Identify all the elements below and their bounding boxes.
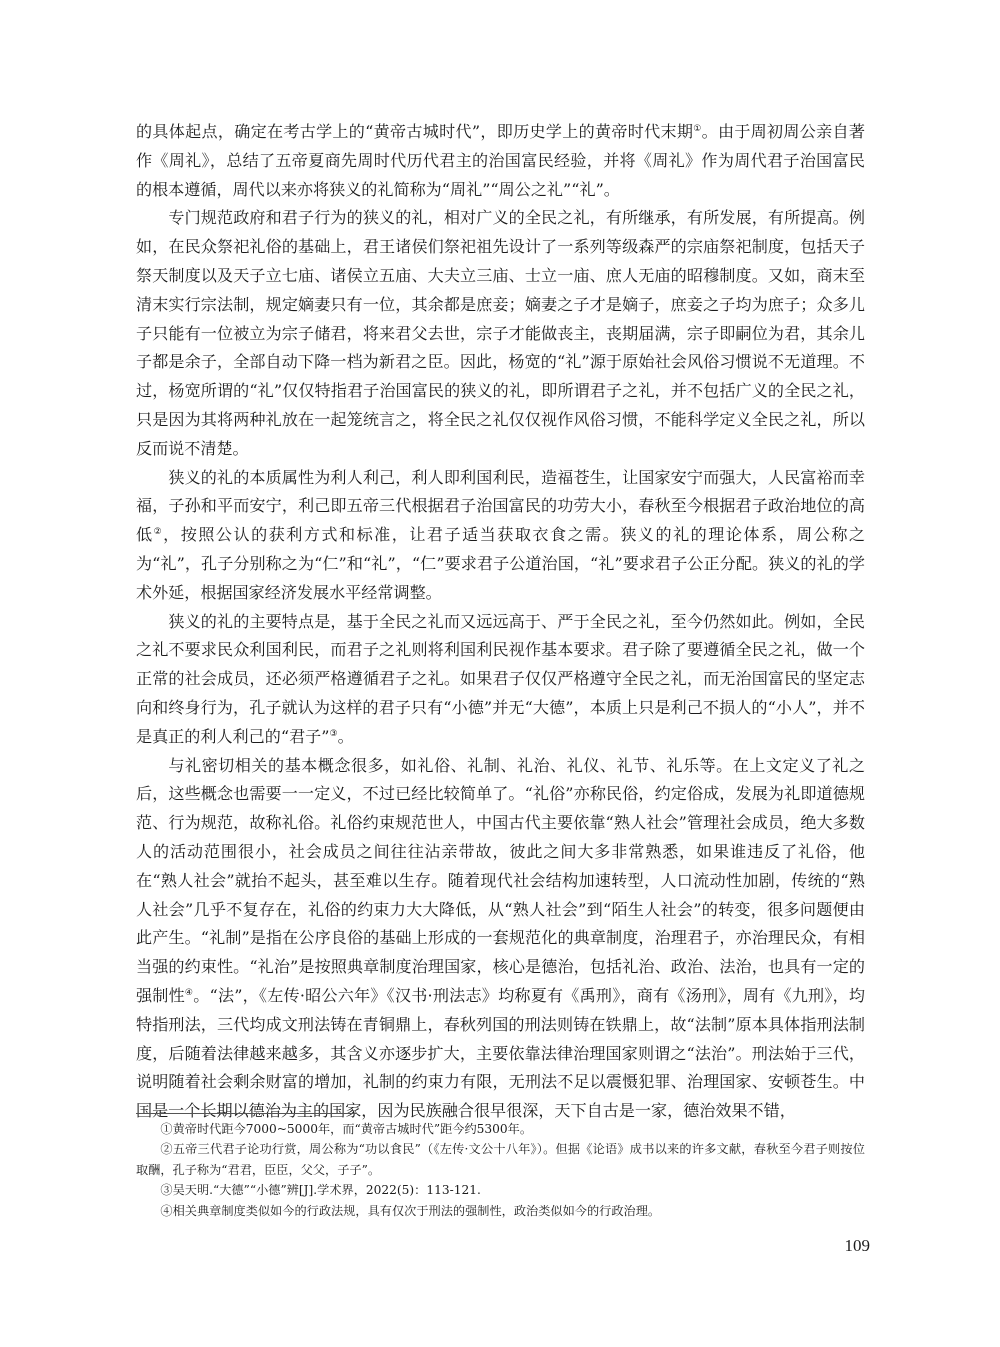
footnote-1: ①黄帝时代距今7000~5000年，而“黄帝古城时代”距今约5300年。: [136, 1119, 865, 1139]
footnote-text: 五帝三代君子论功行赏，周公称为“功以食民”（《左传·文公十八年》）。但据《论语》…: [136, 1142, 865, 1176]
paragraph: 狭义的礼的主要特点是，基于全民之礼而又远远高于、严于全民之礼，至今仍然如此。例如…: [136, 608, 865, 752]
footnote-ref-4[interactable]: ④: [185, 988, 193, 998]
text-run: 的具体起点，确定在考古学上的“黄帝古城时代”，即历史学上的黄帝时代末期: [136, 122, 693, 141]
footnote-divider: [136, 1113, 356, 1114]
footnote-3: ③吴天明.“大德”“小德”辨[J].学术界，2022(5)：113-121.: [136, 1180, 865, 1200]
footnote-text: 黄帝时代距今7000~5000年，而“黄帝古城时代”距今约5300年。: [173, 1122, 532, 1136]
text-run: 专门规范政府和君子行为的狭义的礼，相对广义的全民之礼，有所继承，有所发展，有所提…: [136, 208, 865, 457]
text-run: 。: [338, 727, 354, 746]
footnote-4: ④相关典章制度类似如今的行政法规，具有仅次于刑法的强制性，政治类似如今的行政治理…: [136, 1201, 865, 1221]
text-run: ，按照公认的获利方式和标准，让君子适当获取衣食之需。狭义的礼的理论体系，周公称之…: [136, 525, 865, 602]
page-number: 109: [830, 1236, 870, 1256]
paragraph: 的具体起点，确定在考古学上的“黄帝古城时代”，即历史学上的黄帝时代末期①。由于周…: [136, 118, 865, 204]
footnotes: ①黄帝时代距今7000~5000年，而“黄帝古城时代”距今约5300年。 ②五帝…: [136, 1119, 865, 1221]
paragraph: 专门规范政府和君子行为的狭义的礼，相对广义的全民之礼，有所继承，有所发展，有所提…: [136, 204, 865, 463]
text-run: 。“法”，《左传·昭公六年》《汉书·刑法志》均称夏有《禹刑》，商有《汤刑》，周有…: [136, 986, 865, 1120]
footnote-ref-2[interactable]: ②: [154, 527, 164, 537]
footnote-ref-1[interactable]: ①: [693, 124, 701, 134]
text-run: 与礼密切相关的基本概念很多，如礼俗、礼制、礼治、礼仪、礼节、礼乐等。在上文定义了…: [136, 756, 865, 1005]
main-text: 的具体起点，确定在考古学上的“黄帝古城时代”，即历史学上的黄帝时代末期①。由于周…: [136, 118, 865, 1126]
footnote-ref-3[interactable]: ③: [330, 729, 338, 739]
footnote-text: 相关典章制度类似如今的行政法规，具有仅次于刑法的强制性，政治类似如今的行政治理。: [173, 1204, 661, 1218]
footnote-mark: ④: [160, 1204, 172, 1218]
paragraph: 狭义的礼的本质属性为利人利己，利人即利国利民，造福苍生，让国家安宁而强大，人民富…: [136, 464, 865, 608]
footnote-text: 吴天明.“大德”“小德”辨[J].学术界，2022(5)：113-121.: [173, 1183, 481, 1197]
footnote-mark: ②: [160, 1142, 172, 1156]
footnote-mark: ①: [160, 1122, 172, 1136]
footnote-mark: ③: [160, 1183, 172, 1197]
paragraph: 与礼密切相关的基本概念很多，如礼俗、礼制、礼治、礼仪、礼节、礼乐等。在上文定义了…: [136, 752, 865, 1126]
text-run: 狭义的礼的主要特点是，基于全民之礼而又远远高于、严于全民之礼，至今仍然如此。例如…: [136, 612, 865, 746]
footnote-2: ②五帝三代君子论功行赏，周公称为“功以食民”（《左传·文公十八年》）。但据《论语…: [136, 1139, 865, 1180]
